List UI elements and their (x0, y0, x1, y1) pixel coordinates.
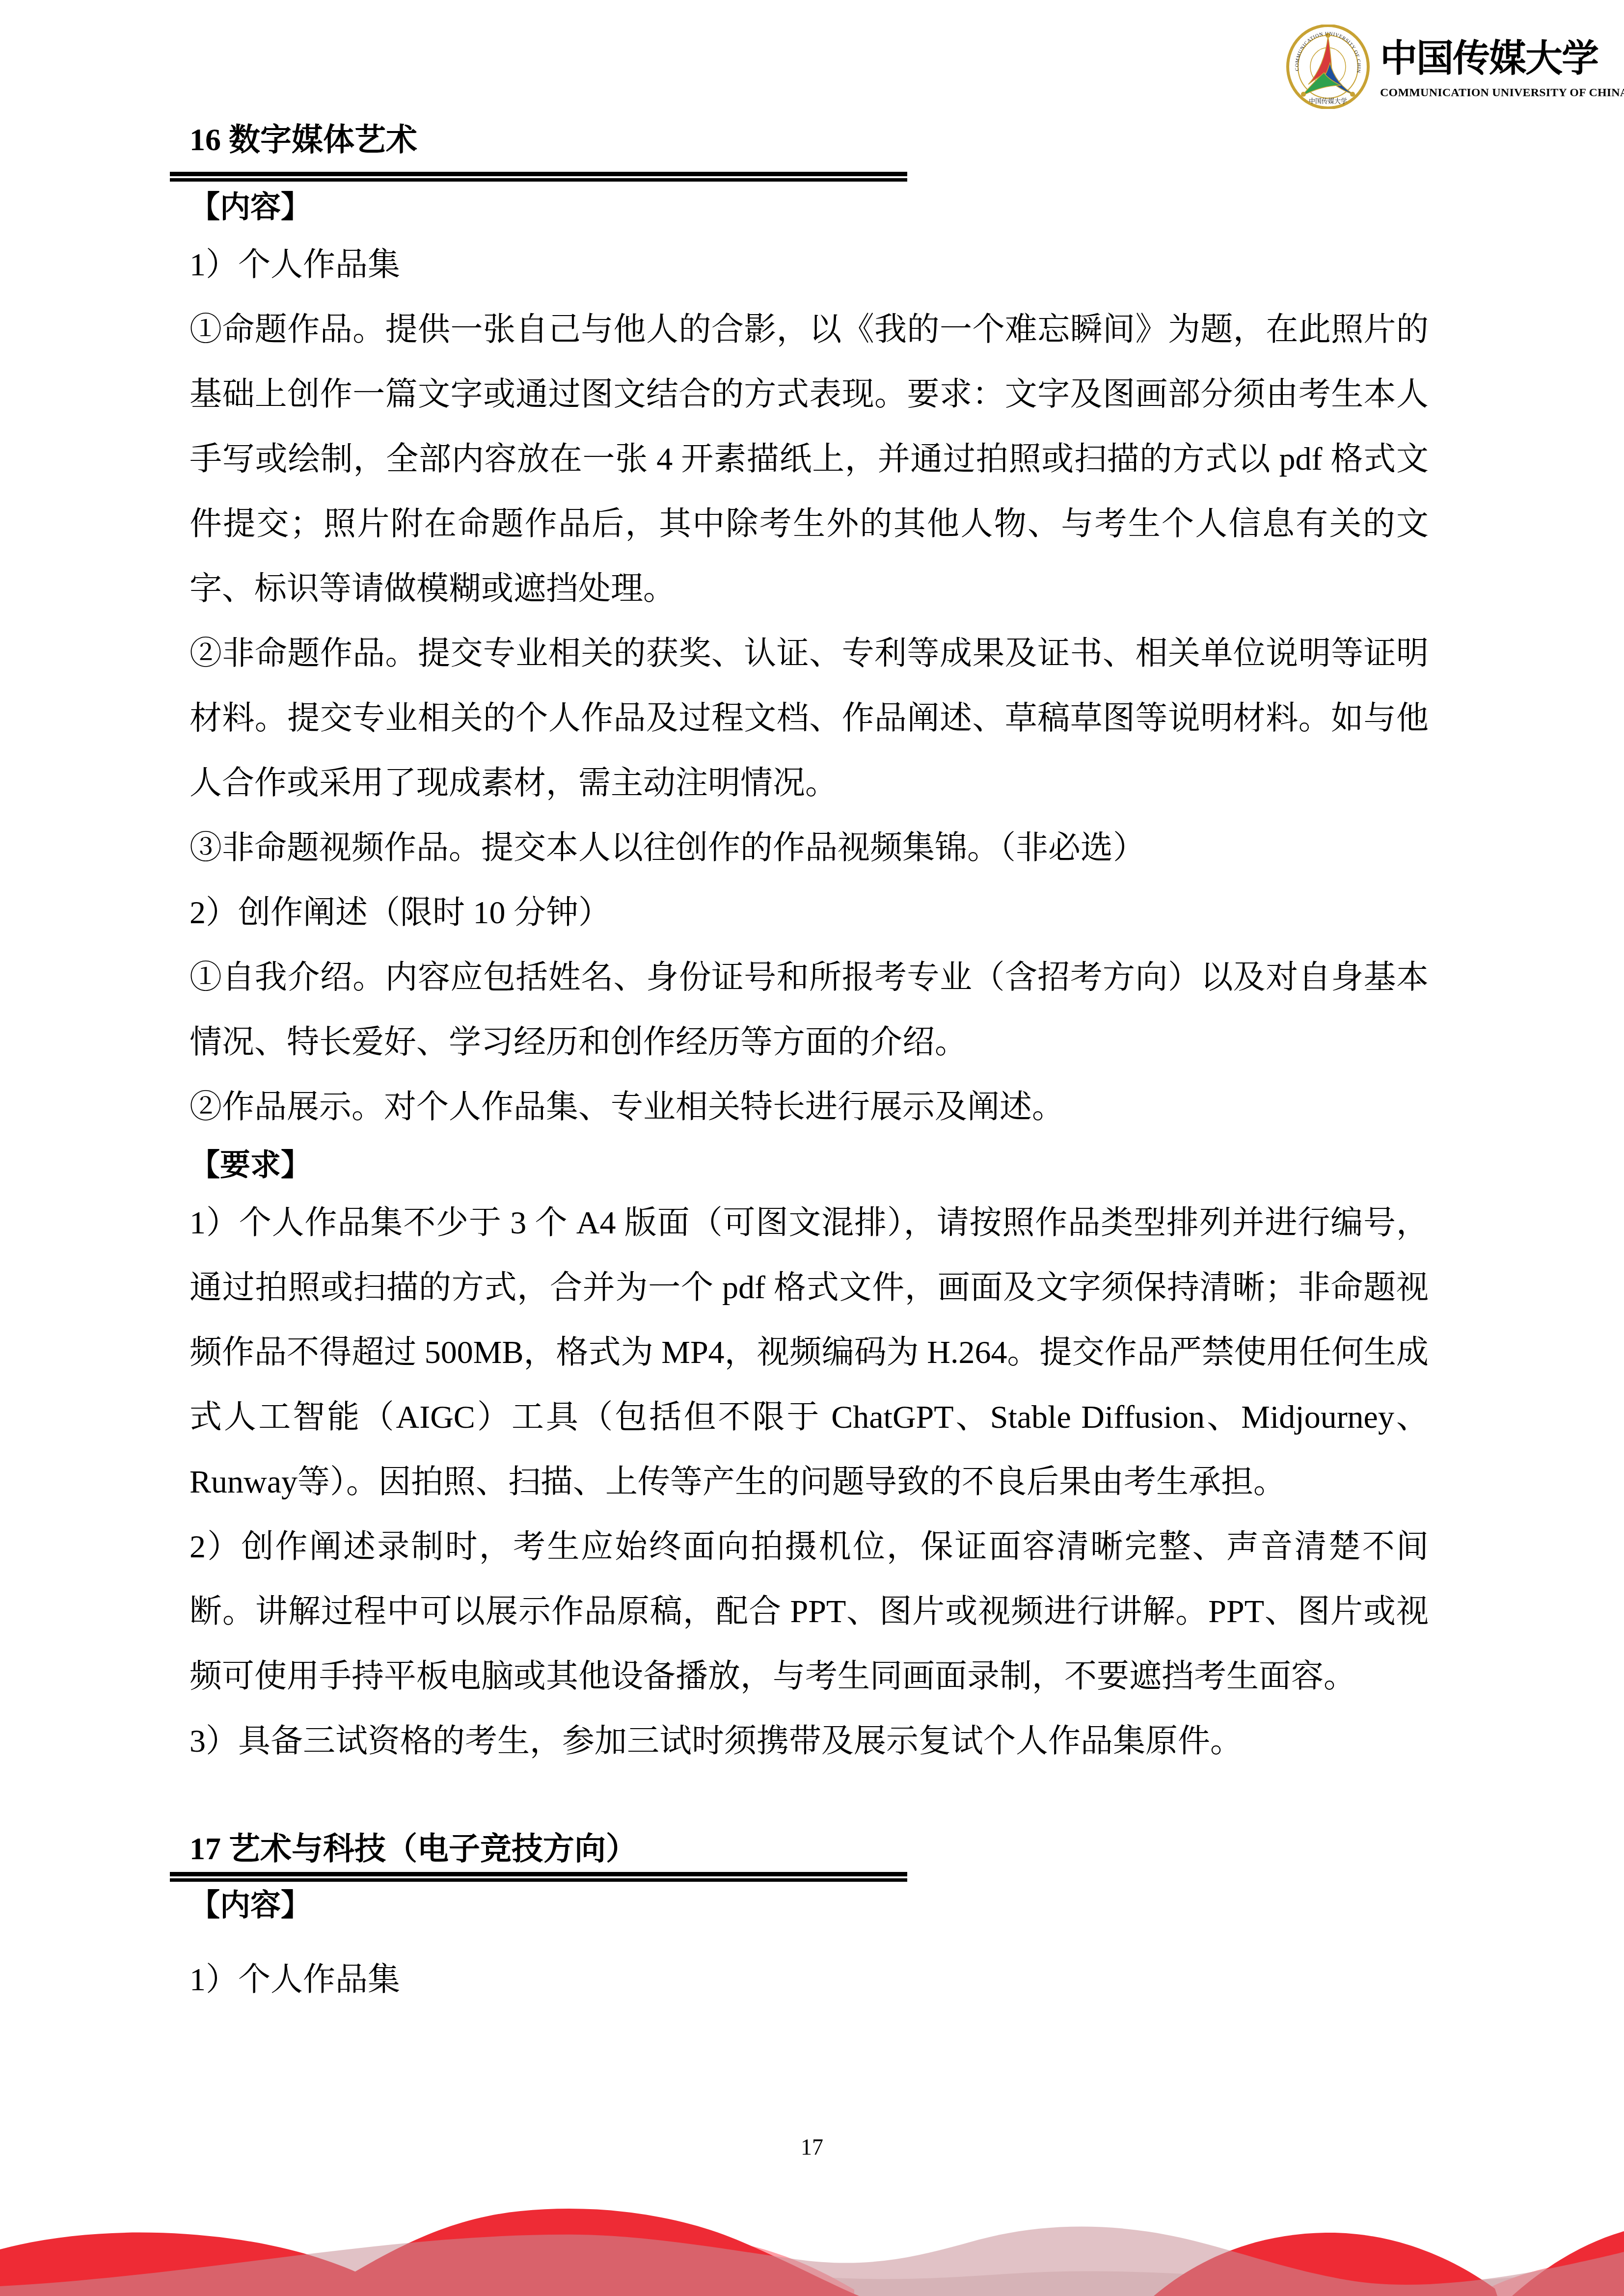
emblem-cn-text: 中国传媒大学 (1309, 97, 1347, 105)
paragraph: ②作品展示。对个人作品集、专业相关特长进行展示及阐述。 (189, 1075, 1429, 1140)
paragraph: 1）个人作品集 (189, 1948, 1429, 2012)
requirements-label-16: 【要求】 (189, 1148, 1429, 1184)
paragraph: 1）个人作品集不少于 3 个 A4 版面（可图文混排），请按照作品类型排列并进行… (189, 1191, 1429, 1515)
emblem-knob-left (1301, 92, 1306, 97)
paragraph: ①自我介绍。内容应包括姓名、身份证号和所报考专业（含招考方向）以及对自身基本情况… (189, 945, 1429, 1075)
university-logo: COMMUNICATION UNIVERSITY OF CHINA 中国传媒大学… (1286, 25, 1624, 109)
requirements-paragraphs-16: 1）个人作品集不少于 3 个 A4 版面（可图文混排），请按照作品类型排列并进行… (189, 1191, 1429, 1774)
paragraph: ①命题作品。提供一张自己与他人的合影，以《我的一个难忘瞬间》为题，在此照片的基础… (189, 297, 1429, 621)
paragraph: 1）个人作品集 (189, 233, 1429, 297)
logo-english-name: COMMUNICATION UNIVERSITY OF CHINA (1380, 86, 1624, 100)
cuc-emblem-icon: COMMUNICATION UNIVERSITY OF CHINA 中国传媒大学 (1286, 25, 1370, 109)
document-content: 16 数字媒体艺术 【内容】 1）个人作品集 ①命题作品。提供一张自己与他人的合… (189, 123, 1429, 2012)
section-16-heading: 16 数字媒体艺术 (189, 123, 1429, 157)
paragraph: 2）创作阐述（限时 10 分钟） (189, 881, 1429, 945)
paragraph: 2）创作阐述录制时，考生应始终面向拍摄机位，保证面容清晰完整、声音清楚不间断。讲… (189, 1515, 1429, 1709)
paragraph: ②非命题作品。提交专业相关的获奖、认证、专利等成果及证书、相关单位说明等证明材料… (189, 621, 1429, 816)
section-17-heading: 17 艺术与科技（电子竞技方向） (189, 1832, 1429, 1866)
content-paragraphs-17: 1）个人作品集 (189, 1948, 1429, 2012)
emblem-knob-right (1350, 92, 1355, 97)
heading-divider-16 (170, 172, 907, 182)
footer-wave-decoration (0, 2181, 1624, 2296)
document-page: COMMUNICATION UNIVERSITY OF CHINA 中国传媒大学… (0, 0, 1624, 2296)
content-label-16: 【内容】 (189, 189, 1429, 226)
page-number: 17 (0, 2134, 1624, 2160)
paragraph: ③非命题视频作品。提交本人以往创作的作品视频集锦。（非必选） (189, 816, 1429, 881)
paragraph: 3）具备三试资格的考生，参加三试时须携带及展示复试个人作品集原件。 (189, 1709, 1429, 1774)
heading-divider-17 (170, 1872, 907, 1882)
logo-text-block: 中国传媒大学 COMMUNICATION UNIVERSITY OF CHINA (1380, 25, 1624, 100)
content-paragraphs-16: 1）个人作品集 ①命题作品。提供一张自己与他人的合影，以《我的一个难忘瞬间》为题… (189, 233, 1429, 1140)
content-label-17: 【内容】 (189, 1888, 1429, 1924)
logo-chinese-name: 中国传媒大学 (1380, 34, 1624, 83)
